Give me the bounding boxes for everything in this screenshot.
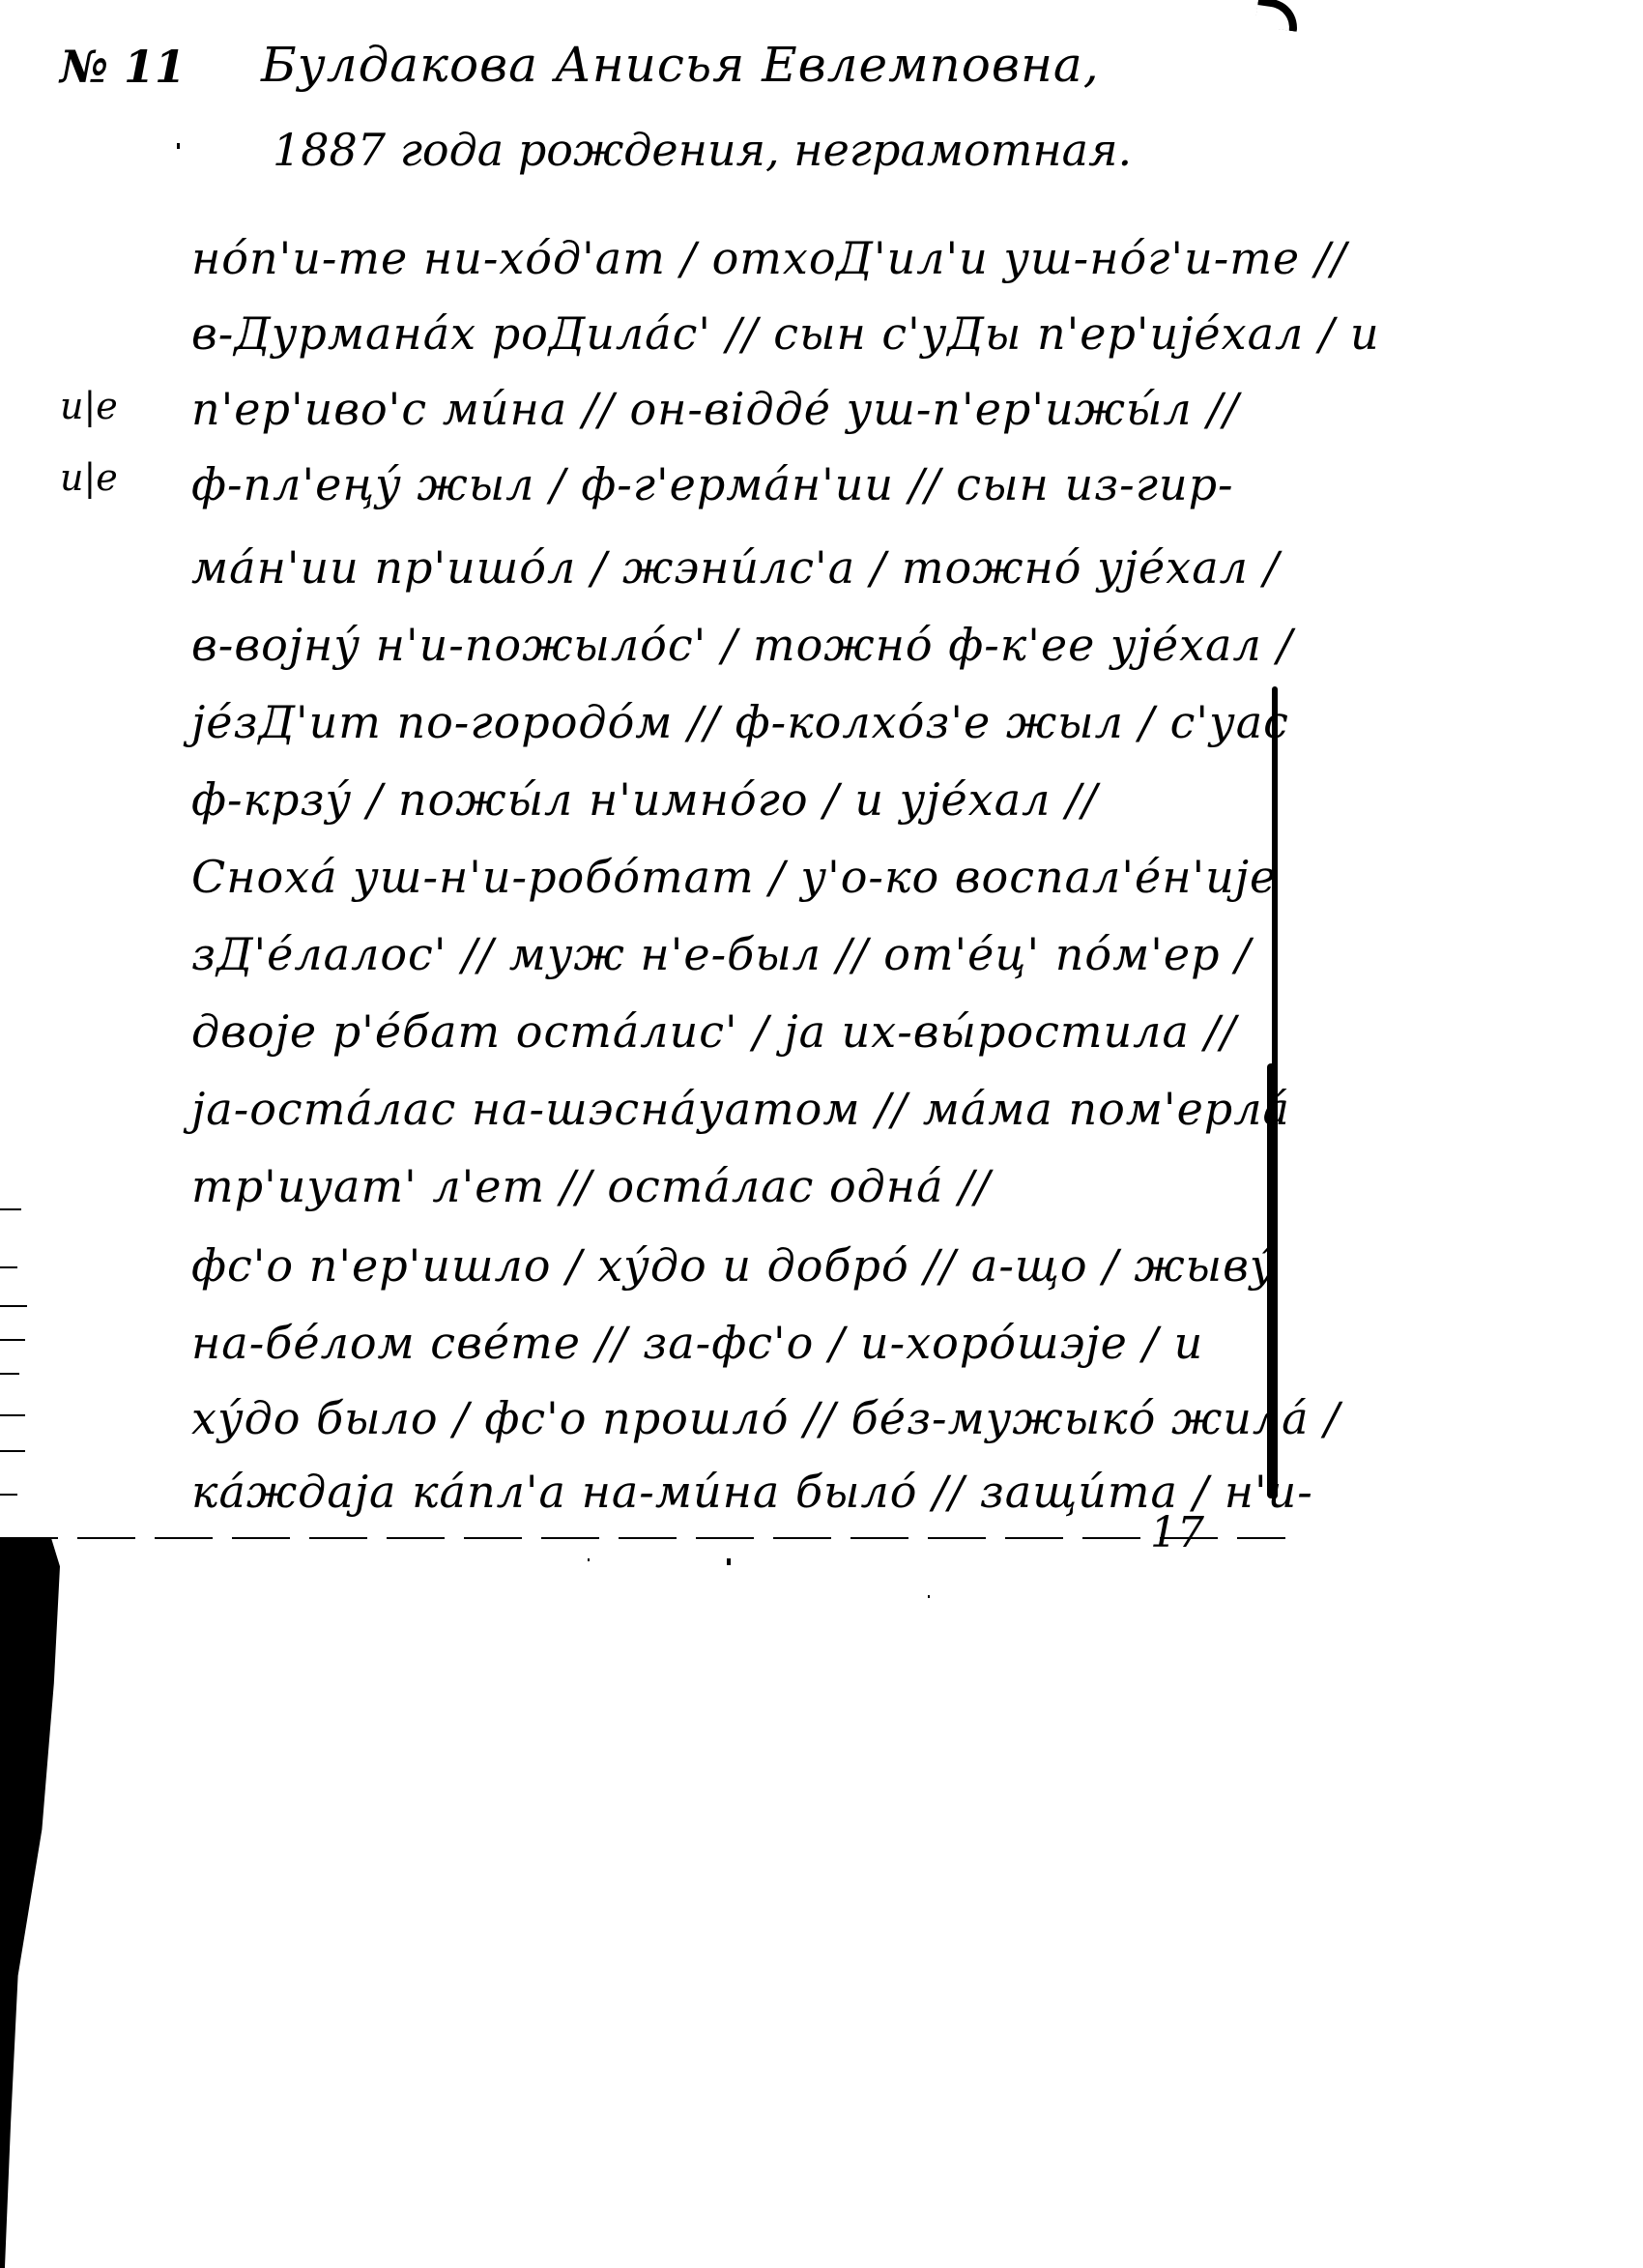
transcript-line: но́п'и-те ни-хо́д'ат / отхоД'ил'и уш-но́… [191, 232, 1347, 284]
transcript-line: ху́до было / фс'о прошло́ // бе́з-мужыко… [191, 1392, 1340, 1444]
transcript-line: в-Дурмана́х роДила́с' // сын с'уДы п'ер'… [191, 307, 1380, 360]
scan-artifact [0, 1414, 25, 1416]
page-number: 17 [1150, 1508, 1204, 1557]
transcript-line: тр'иуат' л'ет // оста́лас одна́ // [191, 1160, 991, 1212]
scan-artifact [0, 1266, 17, 1268]
transcript-line: jе́зД'ит по-городо́м // ф-колхо́з'е жыл … [191, 696, 1289, 748]
transcript-line: зД'е́лалос' // муж н'е-был // от'е́ц' по… [191, 928, 1252, 980]
scan-dark-edge [0, 1537, 60, 2268]
record-number: № 11 [60, 41, 186, 93]
scan-dashed-line [0, 1537, 1285, 1539]
scan-speck [177, 143, 180, 149]
scan-artifact [0, 1208, 21, 1210]
transcript-line: в-војну́ н'и-пожыло́с' / тожно́ ф-к'ее у… [191, 619, 1293, 671]
transcript-line: ф-пл'еңу́ жыл / ф-г'ерма́н'ии // сын из-… [191, 458, 1234, 510]
scan-corner-mark [1254, 0, 1301, 32]
speaker-details: 1887 года рождения, неграмотная. [273, 124, 1132, 176]
transcript-line: ја-оста́лас на-шэсна́уатом // ма́ма пом'… [191, 1083, 1290, 1135]
margin-note: u|e [60, 456, 118, 499]
right-margin-rule-thick [1267, 1063, 1276, 1498]
scan-speck [588, 1558, 590, 1561]
margin-note: u|e [60, 385, 118, 427]
transcript-line: двоје р'е́бат оста́лис' / ја их-вы́рости… [191, 1005, 1237, 1058]
scanned-page: № 11 Булдакова Анисья Евлемповна, 1887 г… [0, 0, 1643, 2268]
transcript-line: на-бе́лом све́те // за-фс'о / и-хоро́шэј… [191, 1317, 1203, 1369]
transcript-line: Снохá уш-н'и-робо́тат / у'о-ко воспал'е́… [191, 851, 1277, 903]
transcript-line: ф-крзу́ / пожы́л н'имно́го / и уjе́хал /… [191, 773, 1098, 826]
scan-artifact [0, 1339, 25, 1341]
scan-artifact [0, 1494, 17, 1496]
scan-artifact [0, 1450, 25, 1452]
scan-artifact [0, 1373, 19, 1375]
transcript-line: ка́ждаја ка́пл'а на-ми́на было́ // защи́… [191, 1466, 1313, 1518]
transcript-line: фс'о п'ер'ишло / ху́до и добро́ // а-що … [191, 1239, 1277, 1292]
speaker-name: Булдакова Анисья Евлемповна, [261, 37, 1100, 93]
transcript-line: п'ер'ивo'с ми́на // он-віддé уш-п'ер'ижы… [191, 383, 1239, 435]
scan-artifact [0, 1305, 27, 1307]
scan-speck [727, 1558, 731, 1565]
scan-speck [928, 1595, 930, 1598]
transcript-line: ма́н'ии пр'ишо́л / жэни́лс'а / тожно́ уj… [191, 541, 1280, 594]
